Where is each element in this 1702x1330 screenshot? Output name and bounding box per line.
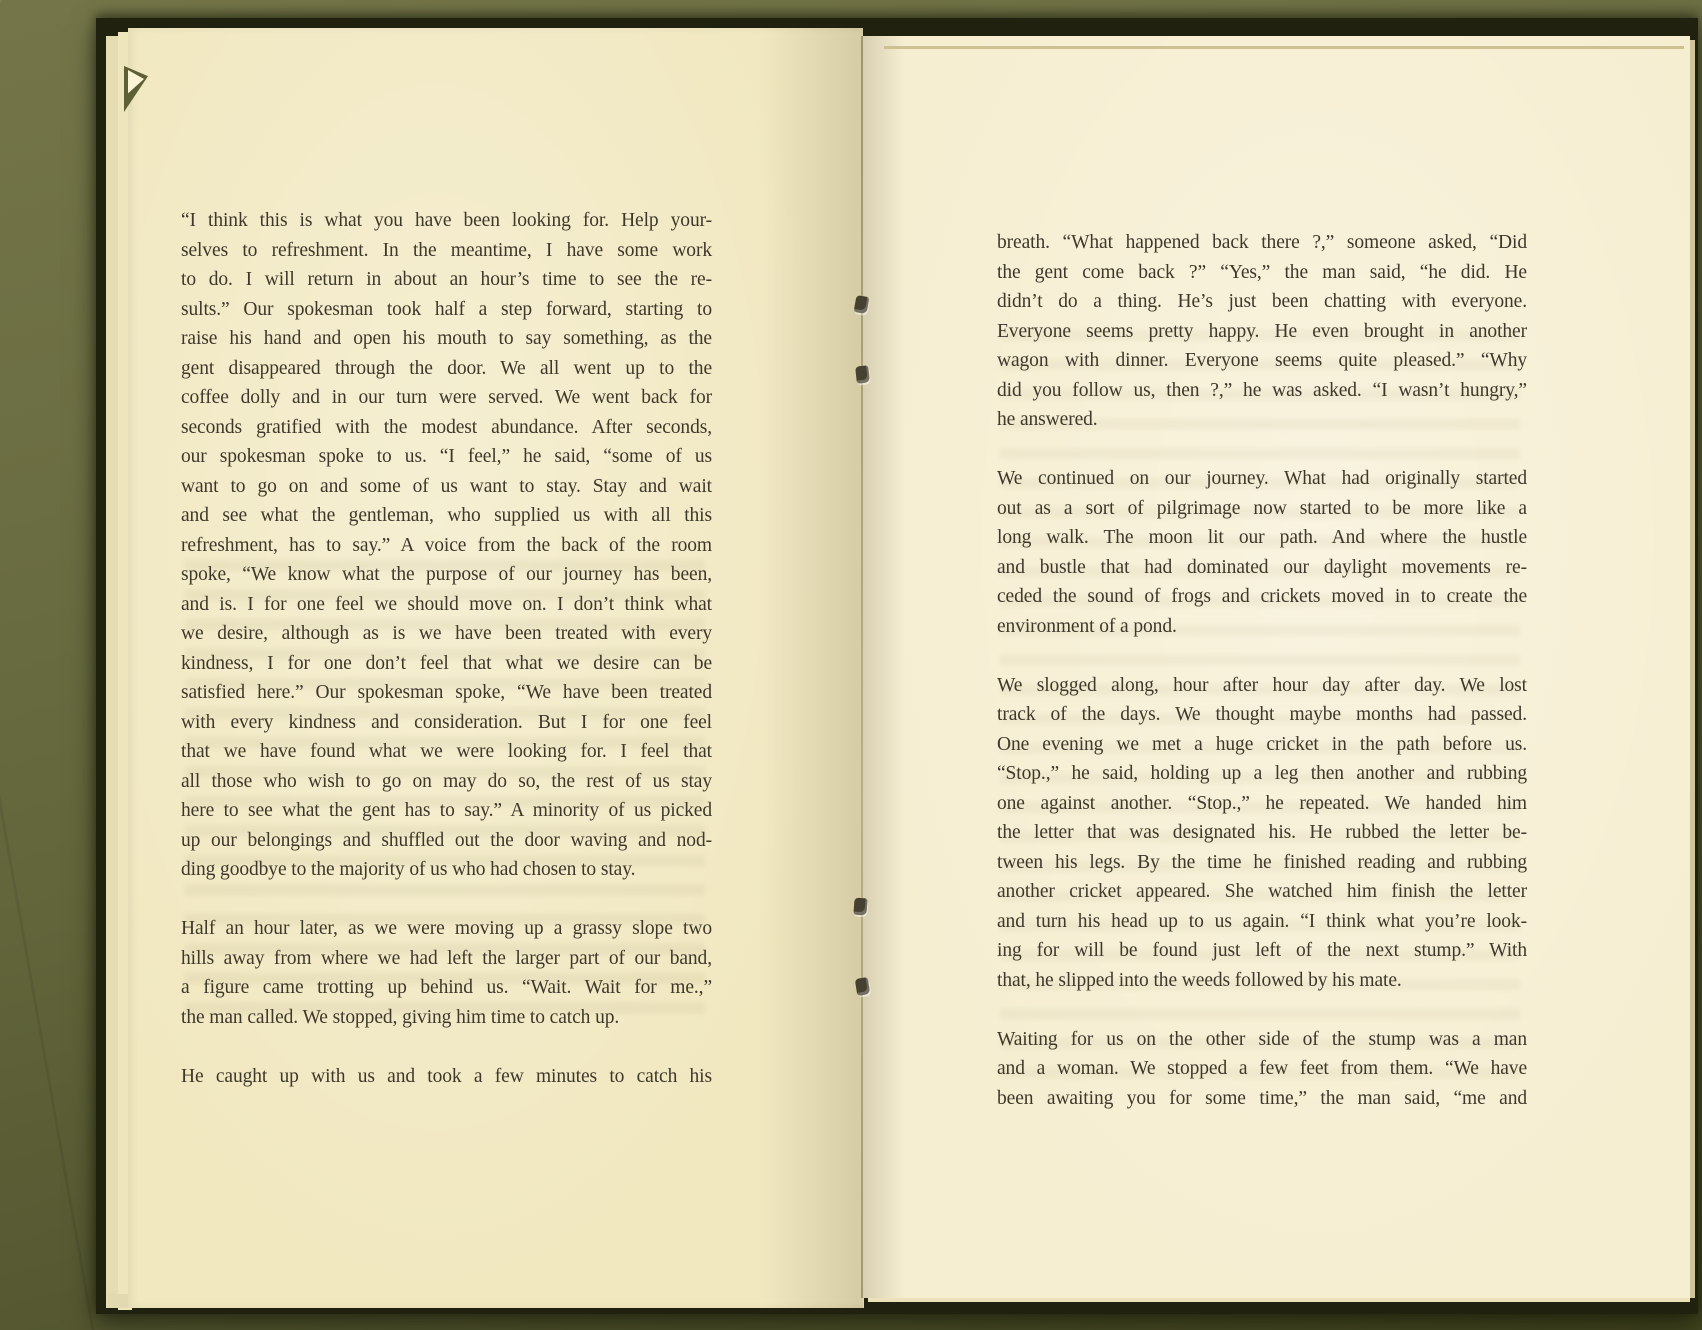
text-line: We continued on our journey. What had or…	[997, 464, 1527, 494]
text-line: another cricket appeared. She watched hi…	[997, 877, 1527, 907]
paragraph: Half an hour later, as we were moving up…	[181, 914, 712, 1032]
binding-stitch	[855, 977, 870, 996]
text-line: Half an hour later, as we were moving up…	[181, 914, 712, 944]
text-line: here to see what the gent has to say.” A…	[181, 796, 712, 826]
paragraph: We slogged along, hour after hour day af…	[997, 671, 1527, 996]
text-line: coffee dolly and in our turn were served…	[181, 383, 712, 413]
text-line: the letter that was designated his. He r…	[997, 818, 1527, 848]
text-line: raise his hand and open his mouth to say…	[181, 324, 712, 354]
gutter-fold	[861, 36, 863, 1298]
text-line: didn’t do a thing. He’s just been chatti…	[997, 287, 1527, 317]
text-line: want to go on and some of us want to sta…	[181, 472, 712, 502]
text-line: One evening we met a huge cricket in the…	[997, 730, 1527, 760]
text-line: that we have found what we were looking …	[181, 737, 712, 767]
text-line: Everyone seems pretty happy. He even bro…	[997, 317, 1527, 347]
text-line: out as a sort of pilgrimage now started …	[997, 494, 1527, 524]
paragraph: He caught up with us and took a few minu…	[181, 1062, 712, 1092]
text-line: the gent come back ?” “Yes,” the man sai…	[997, 258, 1527, 288]
underpage-edge-top	[884, 46, 1684, 49]
text-line: breath. “What happened back there ?,” so…	[997, 228, 1527, 258]
text-line: and see what the gentleman, who supplied…	[181, 501, 712, 531]
text-line: the man called. We stopped, giving him t…	[181, 1003, 712, 1033]
text-line: seconds gratified with the modest abunda…	[181, 413, 712, 443]
text-line: spoke, “We know what the purpose of our …	[181, 560, 712, 590]
text-line: tween his legs. By the time he finished …	[997, 848, 1527, 878]
text-line: refreshment, has to say.” A voice from t…	[181, 531, 712, 561]
text-line: our spokesman spoke to us. “I feel,” he …	[181, 442, 712, 472]
text-line: wagon with dinner. Everyone seems quite …	[997, 346, 1527, 376]
text-line: satisfied here.” Our spokesman spoke, “W…	[181, 678, 712, 708]
text-line: Waiting for us on the other side of the …	[997, 1025, 1527, 1055]
text-line: and turn his head up to us again. “I thi…	[997, 907, 1527, 937]
text-line: We slogged along, hour after hour day af…	[997, 671, 1527, 701]
paragraph: “I think this is what you have been look…	[181, 206, 712, 885]
text-line: he answered.	[997, 405, 1527, 435]
text-line: “Stop.,” he said, holding up a leg then …	[997, 759, 1527, 789]
right-page-text: breath. “What happened back there ?,” so…	[997, 228, 1527, 1113]
text-line: to do. I will return in about an hour’s …	[181, 265, 712, 295]
text-line: did you follow us, then ?,” he was asked…	[997, 376, 1527, 406]
text-line: been awaiting you for some time,” the ma…	[997, 1084, 1527, 1114]
text-line: and bustle that had dominated our daylig…	[997, 553, 1527, 583]
text-line: we desire, although as is we have been t…	[181, 619, 712, 649]
text-line: ding goodbye to the majority of us who h…	[181, 855, 712, 885]
text-line: that, he slipped into the weeds followed…	[997, 966, 1527, 996]
text-line: track of the days. We thought maybe mont…	[997, 700, 1527, 730]
text-line: ceded the sound of frogs and crickets mo…	[997, 582, 1527, 612]
text-line: sults.” Our spokesman took half a step f…	[181, 295, 712, 325]
text-line: all those who wish to go on may do so, t…	[181, 767, 712, 797]
text-line: selves to refreshment. In the meantime, …	[181, 236, 712, 266]
text-line: “I think this is what you have been look…	[181, 206, 712, 236]
text-line: one against another. “Stop.,” he repeate…	[997, 789, 1527, 819]
paragraph: breath. “What happened back there ?,” so…	[997, 228, 1527, 435]
left-page-text: “I think this is what you have been look…	[181, 206, 712, 1091]
text-line: gent disappeared through the door. We al…	[181, 354, 712, 384]
text-line: and is. I for one feel we should move on…	[181, 590, 712, 620]
text-line: a figure came trotting up behind us. “Wa…	[181, 973, 712, 1003]
text-line: and a woman. We stopped a few feet from …	[997, 1054, 1527, 1084]
text-line: hills away from where we had left the la…	[181, 944, 712, 974]
text-line: environment of a pond.	[997, 612, 1527, 642]
text-line: up our belongings and shuffled out the d…	[181, 826, 712, 856]
text-line: ing for will be found just left of the n…	[997, 936, 1527, 966]
text-line: kindness, I for one don’t feel that what…	[181, 649, 712, 679]
paragraph: Waiting for us on the other side of the …	[997, 1025, 1527, 1114]
paragraph: We continued on our journey. What had or…	[997, 464, 1527, 641]
photo-scene: “I think this is what you have been look…	[0, 0, 1702, 1330]
text-line: He caught up with us and took a few minu…	[181, 1062, 712, 1092]
binding-stitch	[853, 898, 867, 916]
binding-stitch	[855, 365, 870, 383]
text-line: long walk. The moon lit our path. And wh…	[997, 523, 1527, 553]
text-line: with every kindness and consideration. B…	[181, 708, 712, 738]
